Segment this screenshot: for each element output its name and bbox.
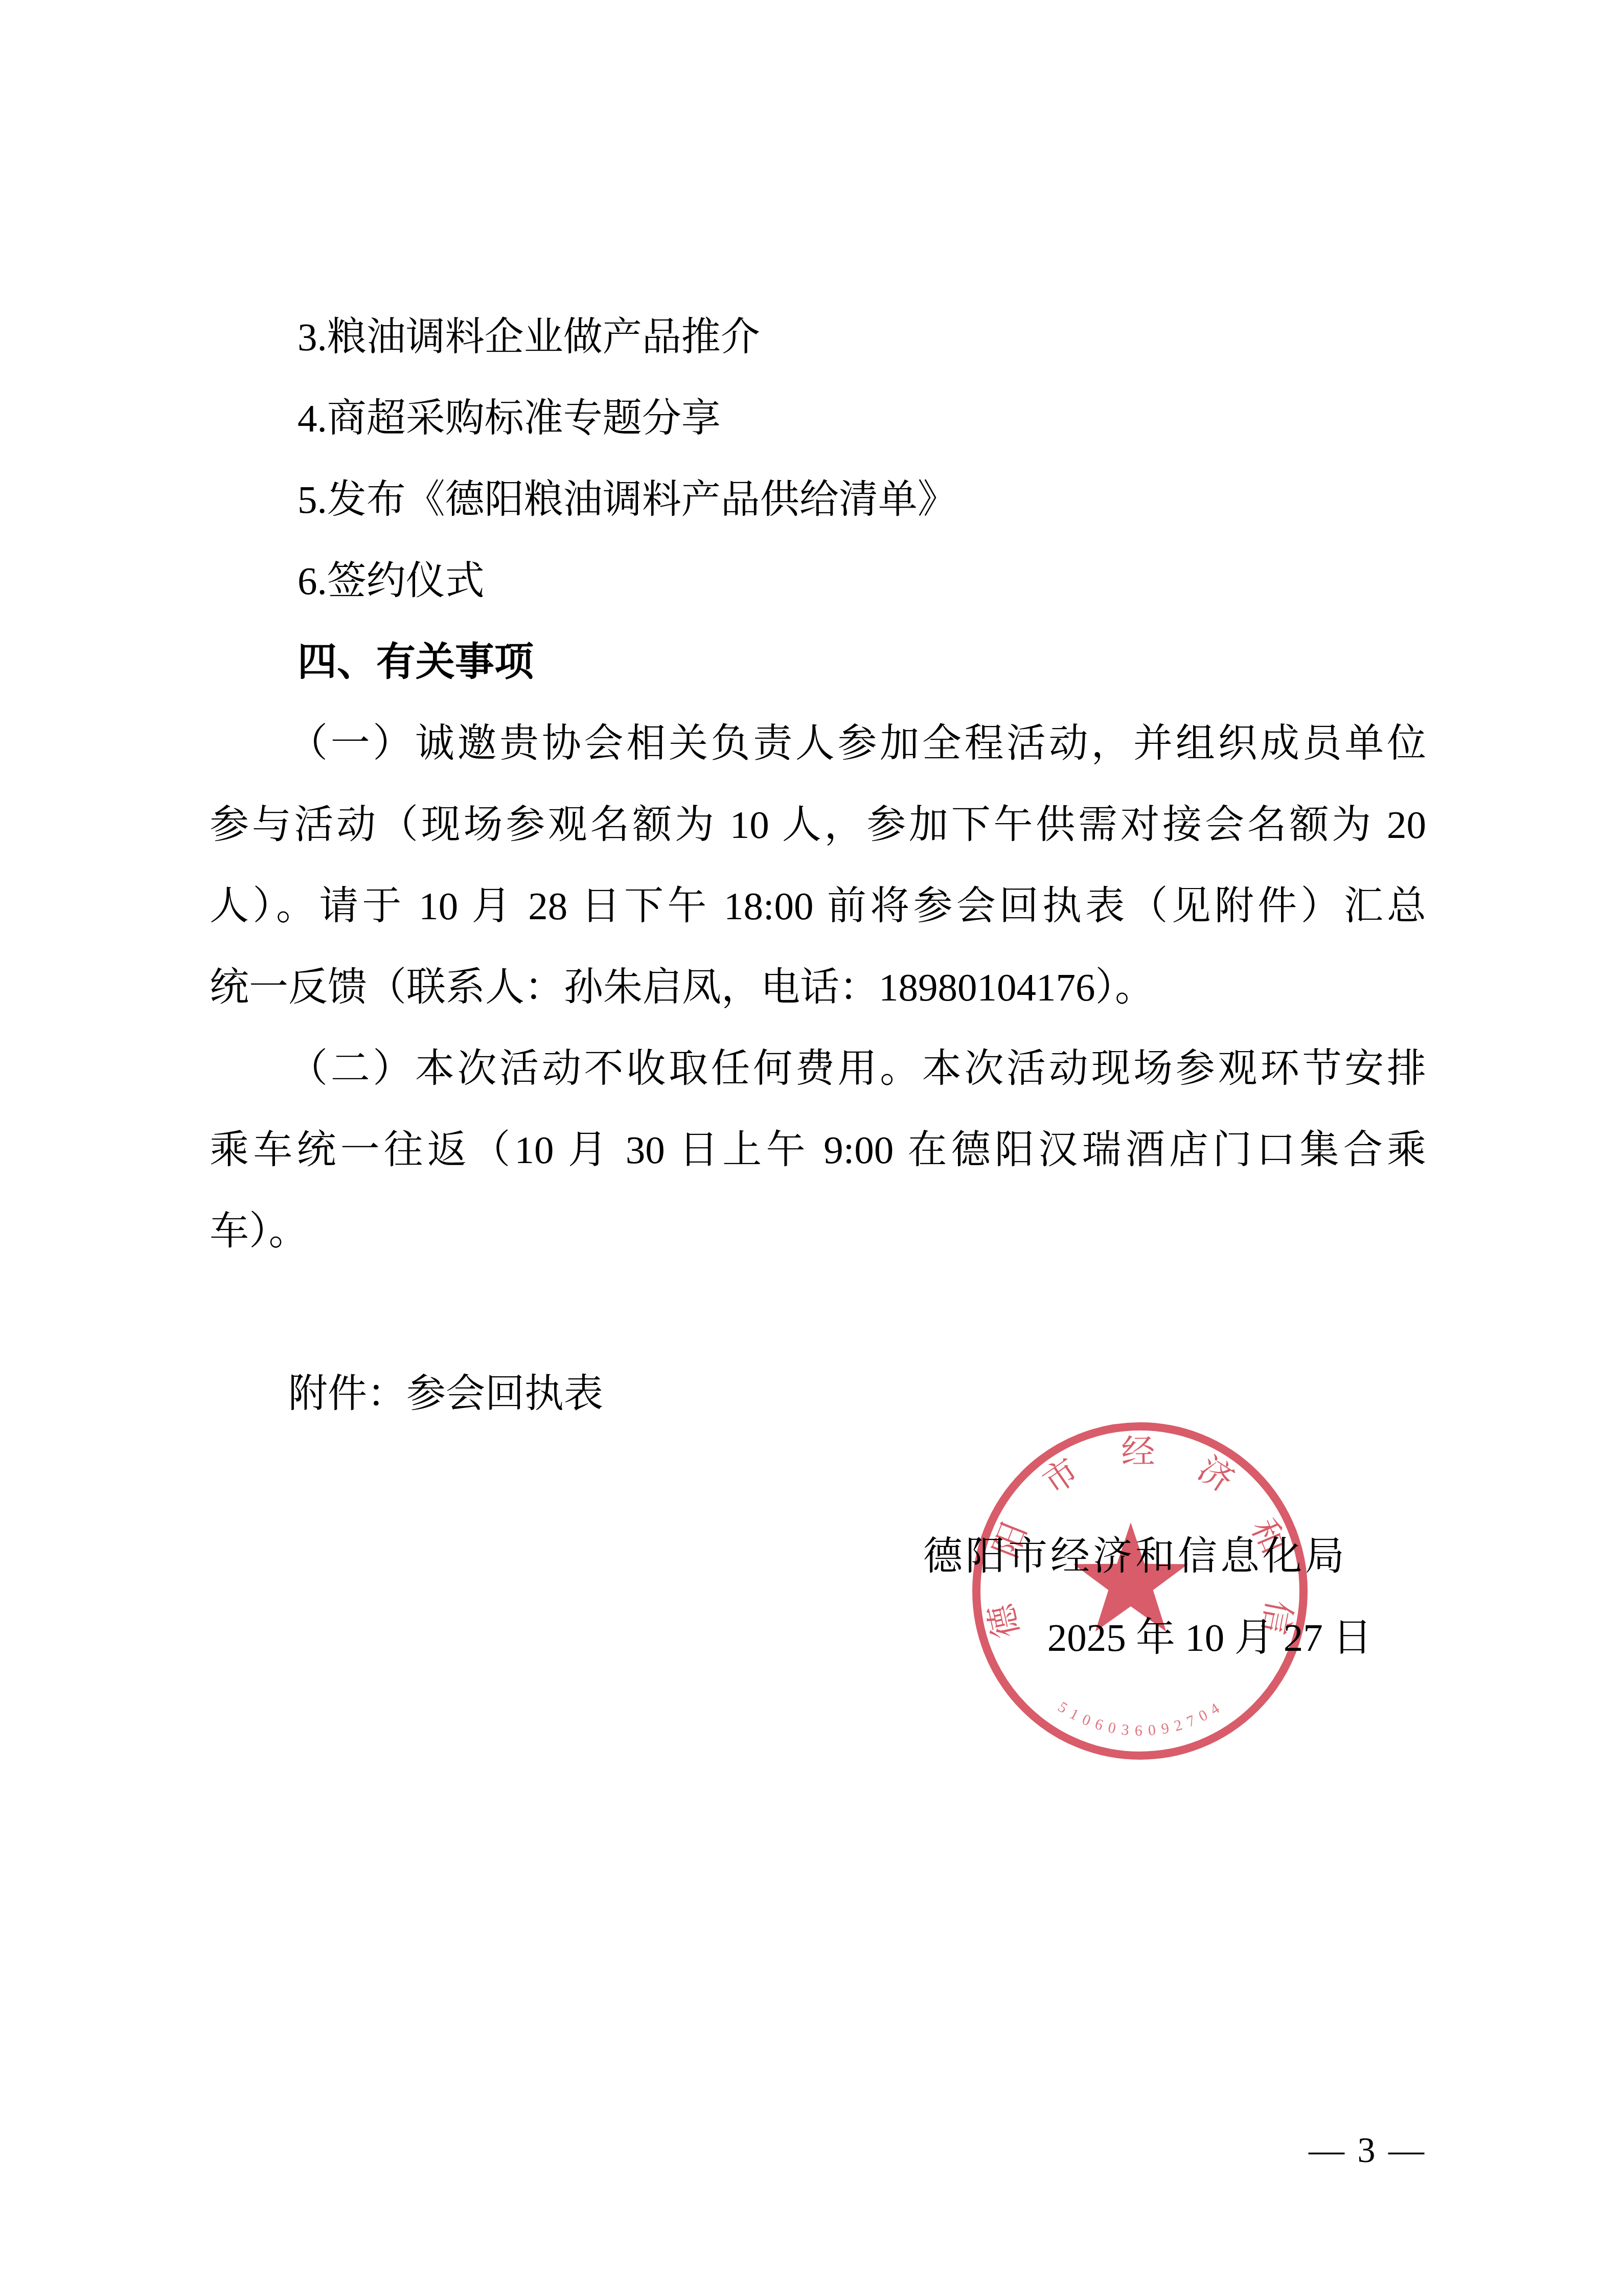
paragraph-2-line-3: 车）。 <box>210 1191 1426 1272</box>
issuer-signature: 德阳市经济和信息化局 <box>210 1516 1426 1597</box>
blank-line <box>210 1435 1426 1516</box>
agenda-item-6: 6.签约仪式 <box>210 540 1426 622</box>
paragraph-1-line-2: 参与活动（现场参观名额为 10 人，参加下午供需对接会名额为 20 <box>210 784 1426 866</box>
page-number: — 3 — <box>1309 2133 1426 2169</box>
seal-serial-number: 5106036092704 <box>1055 1698 1223 1739</box>
blank-line <box>210 1272 1426 1353</box>
document-page: 3.粮油调料企业做产品推介 4.商超采购标准专题分享 5.发布《德阳粮油调料产品… <box>0 0 1623 2296</box>
paragraph-1-line-4: 统一反馈（联系人：孙朱启凤，电话：18980104176）。 <box>210 947 1426 1028</box>
section-heading: 四、有关事项 <box>210 622 1426 703</box>
paragraph-2-line-1: （二）本次活动不收取任何费用。本次活动现场参观环节安排 <box>210 1028 1426 1109</box>
agenda-item-4: 4.商超采购标准专题分享 <box>210 378 1426 459</box>
agenda-item-5: 5.发布《德阳粮油调料产品供给清单》 <box>210 459 1426 540</box>
issue-date: 2025 年 10 月 27 日 <box>210 1597 1426 1678</box>
agenda-item-3: 3.粮油调料企业做产品推介 <box>210 297 1426 378</box>
paragraph-1-line-1: （一）诚邀贵协会相关负责人参加全程活动，并组织成员单位 <box>210 703 1426 784</box>
paragraph-1-line-3: 人）。请于 10 月 28 日下午 18:00 前将参会回执表（见附件）汇总 <box>210 866 1426 947</box>
document-body: 3.粮油调料企业做产品推介 4.商超采购标准专题分享 5.发布《德阳粮油调料产品… <box>210 297 1426 1678</box>
attachment-note: 附件：参会回执表 <box>210 1353 1426 1435</box>
paragraph-2-line-2: 乘车统一往返（10 月 30 日上午 9:00 在德阳汉瑞酒店门口集合乘 <box>210 1109 1426 1191</box>
